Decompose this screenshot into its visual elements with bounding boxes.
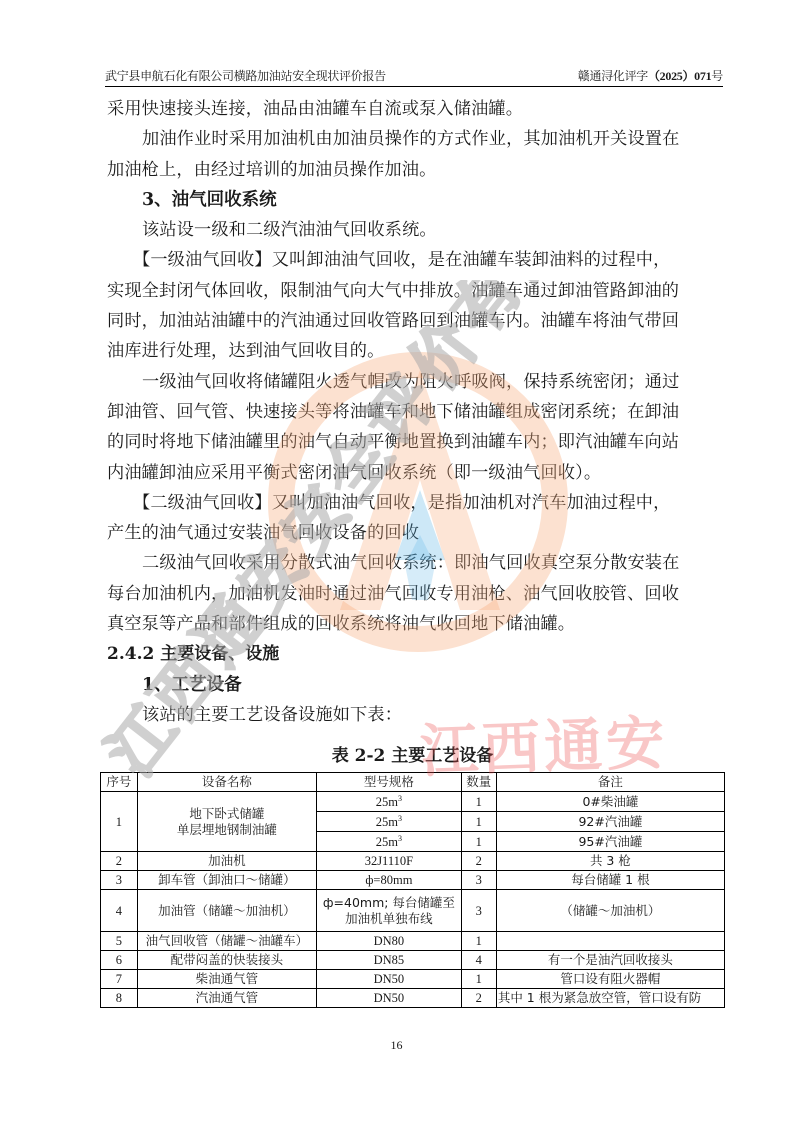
cell-no: 8 (101, 989, 138, 1008)
table-caption: 表 2-2 主要工艺设备 (100, 742, 725, 770)
table-row: 4 加油管（储罐～加油机） ф=40mm; 每台储罐至加油机单独布线 3 （储罐… (101, 890, 725, 932)
paragraph-line: 卸油管、回气管、快速接头等将油罐车和地下储油罐组成密闭系统；在卸油 (107, 397, 723, 427)
cell-qty: 3 (461, 871, 496, 890)
cell-no: 1 (101, 792, 138, 852)
cell-note: 共 3 枪 (496, 852, 724, 871)
cell-spec: DN85 (317, 951, 462, 970)
cell-note: 92#汽油罐 (496, 812, 724, 832)
equipment-table: 序号 设备名称 型号规格 数量 备注 1 地下卧式储罐单层埋地钢制油罐 25m3… (100, 772, 725, 1008)
cell-no: 2 (101, 852, 138, 871)
column-header: 型号规格 (317, 773, 462, 792)
column-header: 数量 (461, 773, 496, 792)
table-row: 2 加油机 32J1110F 2 共 3 枪 (101, 852, 725, 871)
cell-spec: 25m3 (317, 812, 462, 832)
cell-no: 4 (101, 890, 138, 932)
document-page: 武宁县申航石化有限公司横路加油站安全现状评价报告 赣通浔化评字（2025）071… (0, 0, 793, 1122)
section-heading: 2.4.2 主要设备、设施 (107, 639, 723, 669)
cell-name: 加油管（储罐～加油机） (137, 890, 316, 932)
cell-qty: 1 (461, 792, 496, 812)
cell-name: 卸车管（卸油口～储罐） (137, 871, 316, 890)
paragraph-line: 该站设一级和二级汽油油气回收系统。 (107, 215, 723, 245)
cell-no: 5 (101, 932, 138, 951)
cell-note: 管口设有阻火器帽 (496, 970, 724, 989)
subsection-heading: 1、工艺设备 (107, 670, 723, 700)
cell-no: 3 (101, 871, 138, 890)
table-row: 6 配带闷盖的快装接头 DN85 4 有一个是油汽回收接头 (101, 951, 725, 970)
paragraph-line: 【一级油气回收】又叫卸油油气回收，是在油罐车装卸油料的过程中， (107, 245, 723, 275)
paragraph-line: 油库进行处理，达到油气回收目的。 (107, 336, 723, 366)
cell-name: 汽油通气管 (137, 989, 316, 1008)
cell-note: 其中 1 根为紧急放空管，管口设有防 (496, 989, 724, 1008)
cell-qty: 1 (461, 832, 496, 852)
section-heading: 3、油气回收系统 (107, 185, 723, 215)
cell-qty: 1 (461, 932, 496, 951)
cell-name: 油气回收管（储罐～油罐车） (137, 932, 316, 951)
cell-name: 地下卧式储罐单层埋地钢制油罐 (137, 792, 316, 852)
cell-no: 6 (101, 951, 138, 970)
cell-note: 每台储罐 1 根 (496, 871, 724, 890)
paragraph-line: 该站的主要工艺设备设施如下表： (107, 700, 723, 730)
cell-note: 有一个是油汽回收接头 (496, 951, 724, 970)
cell-spec: DN50 (317, 970, 462, 989)
report-title: 武宁县申航石化有限公司横路加油站安全现状评价报告 (105, 67, 386, 84)
paragraph-line: 加油枪上，由经过培训的加油员操作加油。 (107, 155, 723, 185)
cell-name: 配带闷盖的快装接头 (137, 951, 316, 970)
cell-name: 柴油通气管 (137, 970, 316, 989)
table-row: 8 汽油通气管 DN50 2 其中 1 根为紧急放空管，管口设有防 (101, 989, 725, 1008)
cell-spec: ф=40mm; 每台储罐至加油机单独布线 (317, 890, 462, 932)
paragraph-line: 每台加油机内，加油机发油时通过油气回收专用油枪、油气回收胶管、回收 (107, 579, 723, 609)
column-header: 序号 (101, 773, 138, 792)
cell-spec: DN50 (317, 989, 462, 1008)
cell-qty: 2 (461, 989, 496, 1008)
page-number: 16 (0, 1038, 793, 1053)
table-row: 5 油气回收管（储罐～油罐车） DN80 1 (101, 932, 725, 951)
page-header: 武宁县申航石化有限公司横路加油站安全现状评价报告 赣通浔化评字（2025）071… (105, 68, 723, 87)
paragraph-line: 一级油气回收将储罐阻火透气帽改为阻火呼吸阀，保持系统密闭；通过 (107, 367, 723, 397)
cell-qty: 1 (461, 970, 496, 989)
cell-qty: 1 (461, 812, 496, 832)
cell-spec: 32J1110F (317, 852, 462, 871)
paragraph-line: 产生的油气通过安装油气回收设备的回收 (107, 518, 723, 548)
table-header-row: 序号 设备名称 型号规格 数量 备注 (101, 773, 725, 792)
paragraph-line: 实现全封闭气体回收，限制油气向大气中排放。油罐车通过卸油管路卸油的 (107, 276, 723, 306)
paragraph-line: 加油作业时采用加油机由加油员操作的方式作业，其加油机开关设置在 (107, 124, 723, 154)
paragraph-line: 真空泵等产品和部件组成的回收系统将油气收回地下储油罐。 (107, 609, 723, 639)
paragraph-line: 采用快速接头连接，油品由油罐车自流或泵入储油罐。 (107, 94, 723, 124)
table-row: 1 地下卧式储罐单层埋地钢制油罐 25m3 1 0#柴油罐 (101, 792, 725, 812)
cell-spec: 25m3 (317, 832, 462, 852)
table-row: 7 柴油通气管 DN50 1 管口设有阻火器帽 (101, 970, 725, 989)
paragraph-line: 【二级油气回收】又叫加油油气回收，是指加油机对汽车加油过程中， (107, 488, 723, 518)
paragraph-line: 内油罐卸油应采用平衡式密闭油气回收系统（即一级油气回收）。 (107, 458, 723, 488)
paragraph-line: 二级油气回收采用分散式油气回收系统：即油气回收真空泵分散安装在 (107, 548, 723, 578)
table-row: 3 卸车管（卸油口～储罐） ф=80mm 3 每台储罐 1 根 (101, 871, 725, 890)
column-header: 备注 (496, 773, 724, 792)
cell-note (496, 932, 724, 951)
cell-note: （储罐～加油机） (496, 890, 724, 932)
body-text: 采用快速接头连接，油品由油罐车自流或泵入储油罐。 加油作业时采用加油机由加油员操… (107, 94, 723, 730)
column-header: 设备名称 (137, 773, 316, 792)
cell-note: 95#汽油罐 (496, 832, 724, 852)
cell-no: 7 (101, 970, 138, 989)
cell-spec: DN80 (317, 932, 462, 951)
cell-spec: 25m3 (317, 792, 462, 812)
paragraph-line: 同时，加油站油罐中的汽油通过回收管路回到油罐车内。油罐车将油气带回 (107, 306, 723, 336)
cell-note: 0#柴油罐 (496, 792, 724, 812)
cell-name: 加油机 (137, 852, 316, 871)
cell-qty: 4 (461, 951, 496, 970)
cell-qty: 3 (461, 890, 496, 932)
document-number: 赣通浔化评字（2025）071号 (578, 67, 723, 84)
cell-spec: ф=80mm (317, 871, 462, 890)
paragraph-line: 的同时将地下储油罐里的油气自动平衡地置换到油罐车内；即汽油罐车向站 (107, 427, 723, 457)
cell-qty: 2 (461, 852, 496, 871)
